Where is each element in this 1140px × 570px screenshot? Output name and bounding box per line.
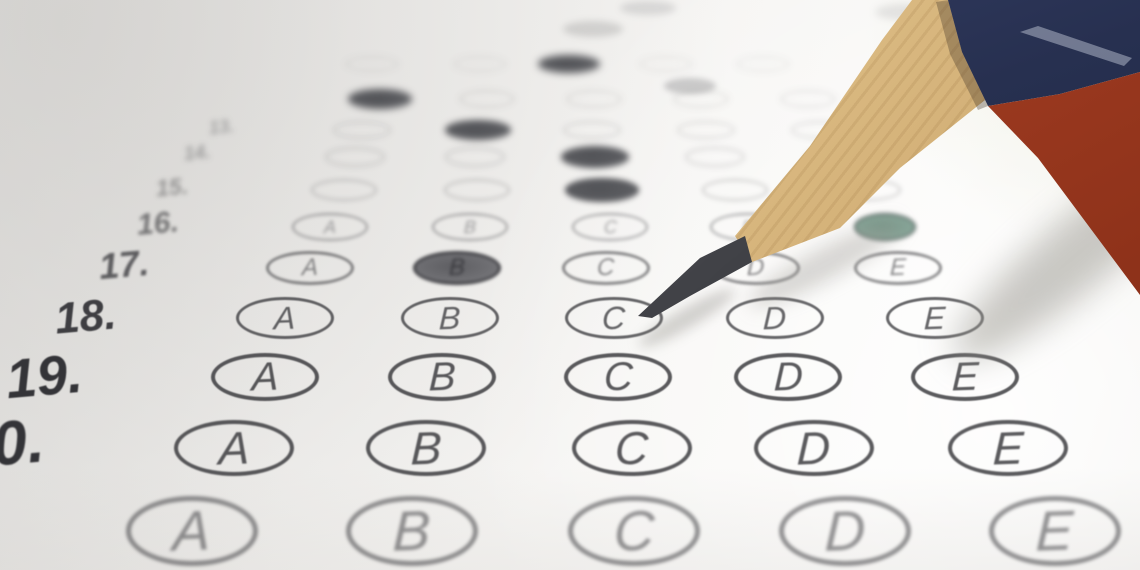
answer-bubble-19-A: A bbox=[211, 353, 319, 401]
bubble-letter: E bbox=[951, 357, 979, 398]
answer-bubble-18-B: B bbox=[401, 297, 499, 339]
answer-bubble-12-B bbox=[459, 90, 515, 108]
answer-bubble-13-D bbox=[677, 121, 735, 139]
answer-bubble-15-B bbox=[444, 179, 510, 201]
answer-bubble-12-E bbox=[780, 90, 836, 108]
bubble-letter: A bbox=[218, 424, 250, 471]
answer-bubble-13-B bbox=[445, 120, 511, 140]
answer-bubble-16-B: B bbox=[432, 213, 508, 241]
question-number-15: 15. bbox=[155, 175, 189, 201]
bubble-letter: C bbox=[602, 302, 626, 335]
bubble-letter: E bbox=[890, 256, 907, 281]
bubble-letter: B bbox=[392, 502, 431, 559]
answer-bubble-20-E: E bbox=[948, 420, 1068, 476]
answer-bubble-14-B bbox=[445, 147, 505, 167]
bubble-letter: A bbox=[251, 357, 279, 398]
answer-bubble-18-A: A bbox=[236, 297, 334, 339]
bubble-letter: E bbox=[992, 424, 1024, 471]
bubble-letter: C bbox=[597, 256, 615, 281]
answer-bubble-14-A bbox=[325, 147, 385, 167]
pencil-paint-edge bbox=[0, 0, 1140, 570]
answer-bubble-11-B bbox=[453, 56, 507, 72]
bubble-letter: A bbox=[274, 302, 297, 335]
bubble-letter: A bbox=[324, 218, 337, 236]
question-number-13: 13. bbox=[208, 117, 235, 137]
answer-bubble-19-B: B bbox=[388, 353, 496, 401]
bubble-letter: E bbox=[924, 302, 947, 335]
bubble-letter: A bbox=[302, 256, 319, 281]
blurred-pencil-smudge bbox=[620, 1, 676, 15]
bubble-letter: C bbox=[613, 502, 655, 559]
answer-bubble-21-B: B bbox=[346, 496, 478, 566]
answer-bubble-19-C: C bbox=[564, 353, 672, 401]
answer-bubble-19-D: D bbox=[734, 353, 842, 401]
blurred-pencil-smudge bbox=[563, 21, 623, 37]
answer-bubble-17-A: A bbox=[266, 251, 354, 285]
bubble-letter: C bbox=[615, 424, 650, 471]
answer-bubble-13-C bbox=[563, 121, 621, 139]
answer-bubble-15-A bbox=[311, 179, 377, 201]
answer-bubble-11-D bbox=[639, 56, 693, 72]
bubble-letter: B bbox=[449, 256, 466, 281]
question-number-18: 18. bbox=[53, 292, 118, 341]
answer-bubble-19-E: E bbox=[911, 353, 1019, 401]
answer-bubble-11-A bbox=[345, 56, 399, 72]
question-number-16: 16. bbox=[136, 207, 180, 241]
bubble-letter: D bbox=[763, 302, 787, 335]
answer-bubble-14-C bbox=[561, 146, 629, 168]
answer-bubble-20-B: B bbox=[366, 420, 486, 476]
answer-bubble-20-C: C bbox=[572, 420, 692, 476]
answer-bubble-21-D: D bbox=[779, 496, 911, 566]
answer-bubble-13-A bbox=[333, 121, 391, 139]
question-number-20: 20. bbox=[0, 410, 47, 479]
bubble-letter: C bbox=[603, 218, 617, 236]
answer-bubble-12-C bbox=[566, 90, 622, 108]
bubble-letter: C bbox=[603, 357, 633, 398]
answer-bubble-18-D: D bbox=[726, 297, 824, 339]
answer-bubble-15-C bbox=[565, 178, 639, 202]
bubble-letter: B bbox=[428, 357, 456, 398]
answer-bubble-12-D bbox=[673, 90, 729, 108]
bubble-letter: D bbox=[773, 357, 803, 398]
bubble-letter: B bbox=[464, 218, 477, 236]
answer-bubble-20-D: D bbox=[754, 420, 874, 476]
answer-bubble-15-D bbox=[702, 179, 768, 201]
answer-bubble-16-C: C bbox=[572, 213, 648, 241]
bubble-letter: D bbox=[797, 424, 832, 471]
bubble-letter: B bbox=[410, 424, 442, 471]
answer-sheet-photo: 13.14.15.16.ABCD17.ABCDE18.ABCDE19.ABCDE… bbox=[0, 0, 1140, 570]
answer-bubble-21-A: A bbox=[126, 496, 258, 566]
bubble-letter: A bbox=[172, 502, 211, 559]
answer-bubble-21-E: E bbox=[989, 496, 1121, 566]
answer-bubble-17-C: C bbox=[562, 251, 650, 285]
blurred-pencil-smudge bbox=[664, 78, 716, 94]
answer-bubble-11-C bbox=[538, 55, 600, 73]
answer-bubble-11-E bbox=[736, 56, 790, 72]
bubble-letter: B bbox=[439, 302, 462, 335]
answer-bubble-21-C: C bbox=[568, 496, 700, 566]
bubble-letter: E bbox=[1035, 502, 1074, 559]
question-number-19: 19. bbox=[4, 346, 85, 407]
answer-bubble-20-A: A bbox=[174, 420, 294, 476]
answer-bubble-16-A: A bbox=[292, 213, 368, 241]
answer-bubble-17-B: B bbox=[413, 251, 501, 285]
answer-bubble-12-A bbox=[348, 89, 412, 109]
question-number-14: 14. bbox=[183, 143, 211, 164]
bubble-letter: D bbox=[824, 502, 866, 559]
answer-bubble-14-D bbox=[685, 147, 745, 167]
question-number-17: 17. bbox=[98, 245, 151, 285]
